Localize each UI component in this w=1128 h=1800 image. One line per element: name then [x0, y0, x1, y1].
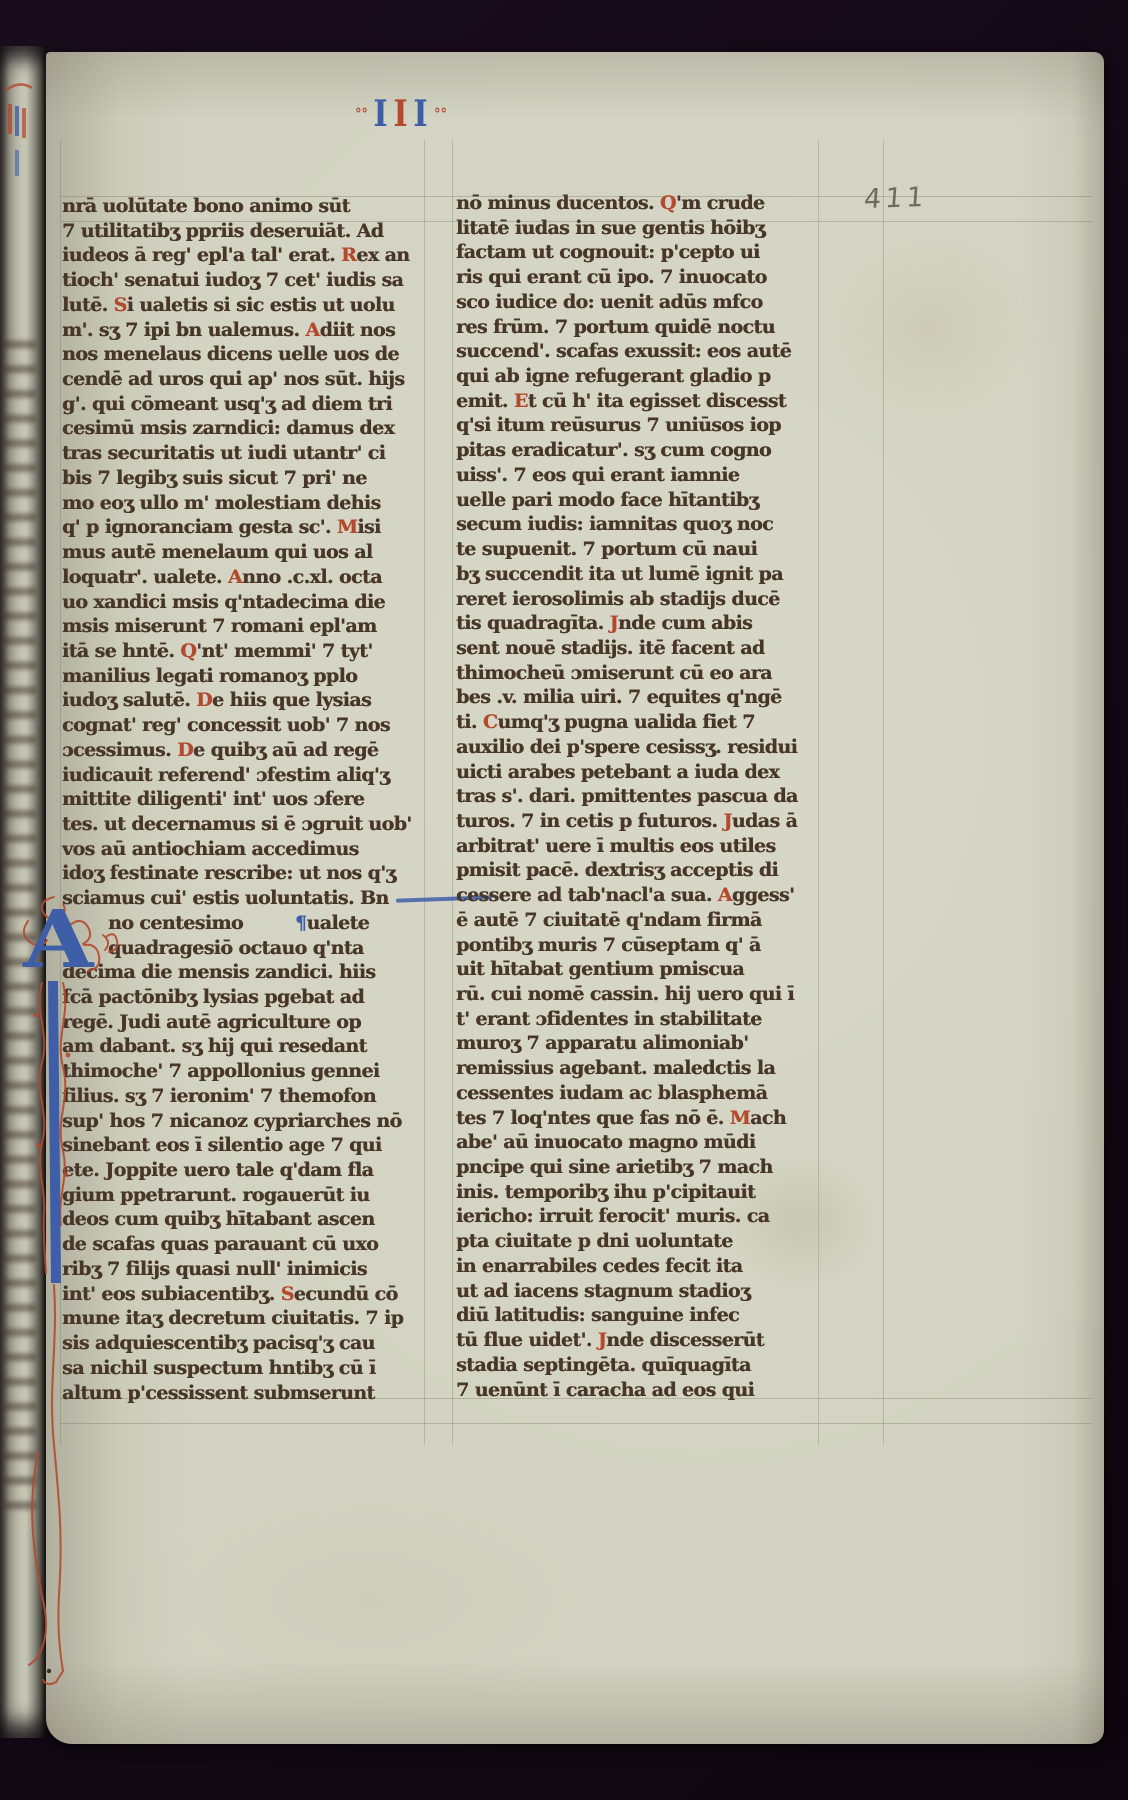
text-line: nrā uolūtate bono animo sūt — [62, 194, 430, 219]
text-line: inis. temporibʒ ihu p'cipitauit — [456, 1180, 824, 1205]
text-line: uiss'. 7 eos qui erant iamnie — [456, 463, 824, 488]
text-line: m'. sʒ 7 ipi bn ualemus. Adiit nos — [62, 318, 430, 343]
text-line: uicti arabes petebant a iuda dex — [456, 760, 824, 785]
text-line: mus autē menelaum qui uos al — [62, 540, 430, 565]
text-line: auxilio dei p'spere cesissʒ. residui — [456, 735, 824, 760]
text-line: tioch' senatui iudoʒ 7 cet' iudis sa — [62, 268, 430, 293]
folio-number: 411 — [863, 182, 929, 215]
text-line: thimocheū ɔmiserunt cū eo ara — [456, 661, 824, 686]
text-line: sco iudice do: uenit adūs mfco — [456, 290, 824, 315]
text-line: arbitrat' uere ī multis eos utiles — [456, 834, 824, 859]
rubricated-capital: S — [114, 294, 127, 316]
text-line: tras s'. dari. pmittentes pascua da — [456, 784, 824, 809]
rubricated-capital: R — [341, 244, 356, 266]
text-line: mune itaʒ decretum ciuitatis. 7 ip — [62, 1306, 430, 1331]
ruling-line — [452, 140, 453, 1445]
text-line: no centesimo¶ualete — [62, 911, 430, 936]
rubricated-capital: A — [718, 884, 732, 906]
text-line: am dabant. sʒ hij qui resedant — [62, 1034, 430, 1059]
text-line: gium ppetrarunt. rogauerūt iu — [62, 1183, 430, 1208]
text-line: ti. Cumq'ʒ pugna ualida fiet 7 — [456, 710, 824, 735]
text-line: ut ad iacens stagnum stadioʒ — [456, 1279, 824, 1304]
text-line: regē. Judi autē agriculture op — [62, 1010, 430, 1035]
rubricated-capital: E — [514, 390, 528, 412]
text-line: reret ierosolimis ab stadijs ducē — [456, 587, 824, 612]
title-ornament-dots: °° — [355, 109, 368, 119]
rubricated-capital: ¶ — [295, 912, 307, 934]
text-line: 7 utilitatibʒ ppriis deseruiāt. Ad — [62, 219, 430, 244]
text-line: decima die mensis zandici. hiis — [62, 960, 430, 985]
text-line: te supuenit. 7 portum cū naui — [456, 537, 824, 562]
text-line: sinebant eos ī silentio age 7 qui — [62, 1133, 430, 1158]
text-line: qui ab igne refugerant gladio p — [456, 364, 824, 389]
rubricated-capital: D — [196, 689, 212, 711]
text-line: tes 7 loq'ntes que fas nō ē. Mach — [456, 1106, 824, 1131]
text-line: itā se hntē. Q'nt' memmi' 7 tyt' — [62, 639, 430, 664]
title-numeral: I — [393, 93, 408, 135]
title-numeral: I — [373, 93, 388, 135]
text-line: tes. ut decernamus si ē ɔgruit uob' — [62, 812, 430, 837]
text-line: diū latitudis: sanguine infec — [456, 1303, 824, 1328]
text-line: pmisit pacē. dextrisʒ acceptis di — [456, 858, 824, 883]
text-line: pta ciuitate p dni uoluntate — [456, 1229, 824, 1254]
text-line: sis adquiescentibʒ pacisq'ʒ cau — [62, 1331, 430, 1356]
text-line: pncipe qui sine arietibʒ 7 mach — [456, 1155, 824, 1180]
text-line: thimoche' 7 appollonius gennei — [62, 1059, 430, 1084]
text-line: cessere ad tab'nacl'a sua. Aggess' — [456, 883, 824, 908]
rubricated-capital: J — [598, 1329, 606, 1351]
text-line: ɔcessimus. De quibʒ aū ad regē — [62, 738, 430, 763]
text-line: lutē. Si ualetis si sic estis ut uolu — [62, 293, 430, 318]
text-line: idoʒ festinate rescribe: ut nos q'ʒ — [62, 861, 430, 886]
rubricated-capital: D — [177, 739, 193, 761]
text-line: ris qui erant cū ipo. 7 inuocato — [456, 265, 824, 290]
ruling-line — [60, 140, 61, 1445]
text-line: succend'. scafas exussit: eos autē — [456, 339, 824, 364]
text-line: sciamus cui' estis uoluntatis. Bn — [62, 886, 430, 911]
text-line: ete. Joppite uero tale q'dam fla — [62, 1158, 430, 1183]
title-numeral: I — [413, 93, 428, 135]
text-line: nos menelaus dicens uelle uos de — [62, 342, 430, 367]
text-line: de scafas quas parauant cū uxo — [62, 1232, 430, 1257]
text-line: mittite diligenti' int' uos ɔfere — [62, 787, 430, 812]
text-line: sa nichil suspectum hntibʒ cū ī — [62, 1356, 430, 1381]
text-line: tras securitatis ut iudi utantr' ci — [62, 441, 430, 466]
text-line: altum p'cessissent submserunt — [62, 1381, 430, 1406]
text-line: bʒ succendit ita ut lumē ignit pa — [456, 562, 824, 587]
rubricated-capital: J — [723, 810, 731, 832]
text-line: iudicauit referend' ɔfestim aliq'ʒ — [62, 763, 430, 788]
text-line: uit hītabat gentium pmiscua — [456, 957, 824, 982]
text-line: bis 7 legibʒ suis sicut 7 pri' ne — [62, 466, 430, 491]
rubricated-capital: A — [228, 566, 242, 588]
text-line: loquatr'. ualete. Anno .c.xl. octa — [62, 565, 430, 590]
text-line: iericho: irruit ferocit' muris. ca — [456, 1204, 824, 1229]
text-line: manilius legati romanoʒ pplo — [62, 664, 430, 689]
text-line: in enarrabiles cedes fecit ita — [456, 1254, 824, 1279]
rubricated-capital: C — [483, 711, 498, 733]
text-line: secum iudis: iamnitas quoʒ noc — [456, 512, 824, 537]
text-line: cognat' reg' concessit uob' 7 nos — [62, 713, 430, 738]
text-line: mo eoʒ ullo m' molestiam dehis — [62, 491, 430, 516]
text-line: uelle pari modo face hītantibʒ — [456, 488, 824, 513]
text-column-right: nō minus ducentos. Q'm crudelitatē iudas… — [456, 191, 824, 1402]
text-line: int' eos subiacentibʒ. Secundū cō — [62, 1282, 430, 1307]
text-line: cessentes iudam ac blasphemā — [456, 1081, 824, 1106]
rubricated-capital: A — [305, 319, 319, 341]
text-line: remissius agebant. maledctis la — [456, 1056, 824, 1081]
text-line: bes .v. milia uiri. 7 equites q'ngē — [456, 685, 824, 710]
text-line: sent nouē stadijs. itē facent ad — [456, 636, 824, 661]
text-line: 7 uenūnt ī caracha ad eos qui — [456, 1378, 824, 1403]
text-line: iudoʒ salutē. De hiis que lysias — [62, 688, 430, 713]
ruling-line — [883, 140, 884, 1445]
text-line: factam ut cognouit: p'cepto ui — [456, 240, 824, 265]
text-line: t' erant ɔfidentes in stabilitate — [456, 1007, 824, 1032]
text-line: abe' aū inuocato magno mūdi — [456, 1130, 824, 1155]
text-line: ē autē 7 ciuitatē q'ndam firmā — [456, 908, 824, 933]
running-title: °°III°° — [352, 92, 450, 136]
rubricated-capital: M — [337, 516, 357, 538]
text-line: cesimū msis zarndici: damus dex — [62, 416, 430, 441]
text-line: fcā pactōnibʒ lysias pgebat ad — [62, 985, 430, 1010]
facing-page-title-fragment — [0, 76, 47, 236]
text-line: pitas eradicatur'. sʒ cum cogno — [456, 438, 824, 463]
title-ornament-dots: °° — [434, 109, 447, 119]
text-line: deos cum quibʒ hītabant ascen — [62, 1207, 430, 1232]
text-line: res frūm. 7 portum quidē noctu — [456, 315, 824, 340]
text-line: sup' hos 7 nicanoz cypriarches nō — [62, 1109, 430, 1134]
text-line: nō minus ducentos. Q'm crude — [456, 191, 824, 216]
text-line: cendē ad uros qui ap' nos sūt. hijs — [62, 367, 430, 392]
rubricated-capital: S — [281, 1283, 294, 1305]
text-line: rū. cui nomē cassin. hij uero qui ī — [456, 982, 824, 1007]
text-line: muroʒ 7 apparatu alimoniab' — [456, 1031, 824, 1056]
rubricated-capital: Q — [660, 192, 676, 214]
ruling-line — [60, 1423, 1092, 1424]
text-line: tis quadragīta. Jnde cum abis — [456, 611, 824, 636]
text-line: q' p ignoranciam gesta sc'. Misi — [62, 515, 430, 540]
text-line: q'si itum reūsurus 7 uniūsos iop — [456, 413, 824, 438]
text-line: emit. Et cū h' ita egisset discesst — [456, 389, 824, 414]
text-line: iudeos ā reg' epl'a tal' erat. Rex an — [62, 243, 430, 268]
text-line: uo xandici msis q'ntadecima die — [62, 590, 430, 615]
text-line: stadia septingēta. quīquagīta — [456, 1353, 824, 1378]
rubricated-capital: J — [610, 612, 618, 634]
text-line: filius. sʒ 7 ieronim' 7 themofon — [62, 1084, 430, 1109]
text-line: msis miserunt 7 romani epl'am — [62, 614, 430, 639]
text-line: vos aū antiochiam accedimus — [62, 837, 430, 862]
text-line: pontibʒ muris 7 cūseptam q' ā — [456, 933, 824, 958]
text-line: g'. qui cōmeant usq'ʒ ad diem tri — [62, 392, 430, 417]
text-line: litatē iudas in sue gentis hōibʒ — [456, 216, 824, 241]
text-column-left: nrā uolūtate bono animo sūt7 utilitatibʒ… — [62, 194, 430, 1405]
text-line: quadragesiō octauo q'nta — [62, 936, 430, 961]
rubricated-capital: M — [730, 1107, 750, 1129]
decorated-initial-A: A — [23, 899, 93, 979]
manuscript-photo: °°III°° 411 nrā uolūtate bono animo sūt7… — [0, 0, 1128, 1800]
text-line: ribʒ 7 filijs quasi null' inimicis — [62, 1257, 430, 1282]
text-line: turos. 7 in cetis p futuros. Judas ā — [456, 809, 824, 834]
text-line: tū flue uidet'. Jnde discesserūt — [456, 1328, 824, 1353]
rubricated-capital: Q — [180, 640, 196, 662]
